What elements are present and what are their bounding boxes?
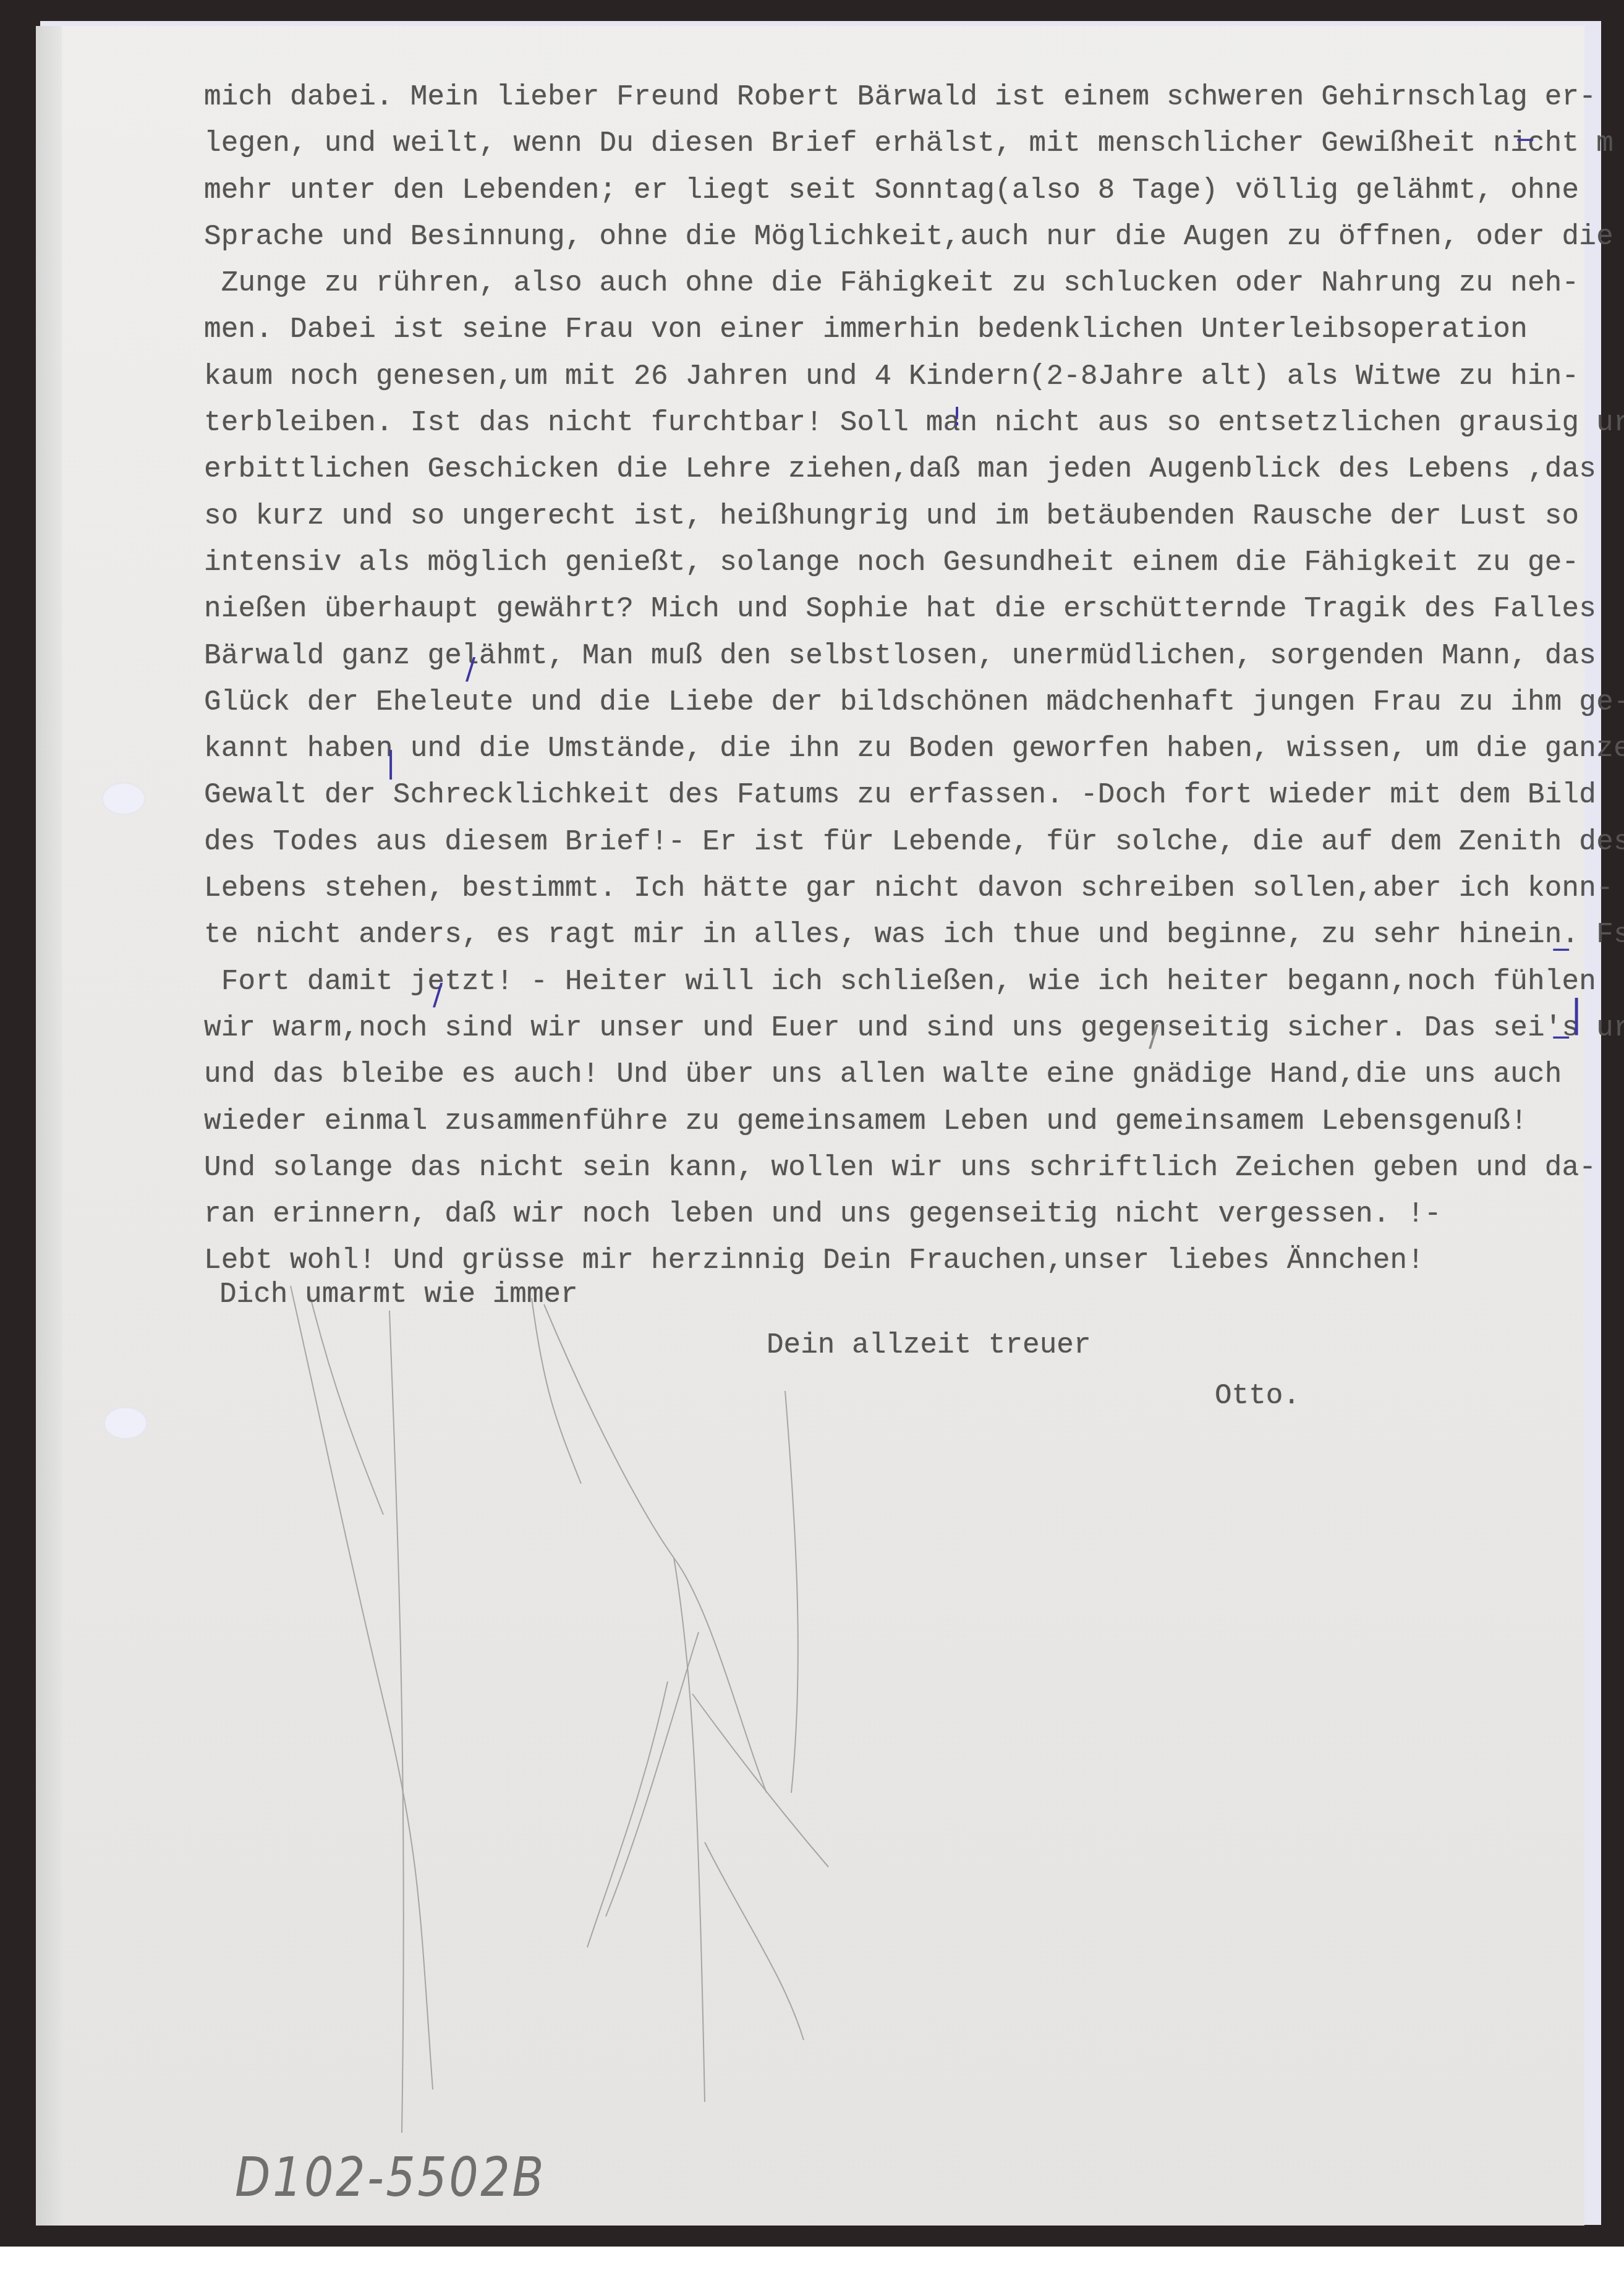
body-line: und das bleibe es auch! Und über uns all…	[204, 1052, 1589, 1098]
pen-slash-icon: /	[466, 654, 475, 684]
body-line: Glück der Eheleute und die Liebe der bil…	[204, 679, 1589, 726]
body-line: ran erinnern, daß wir noch leben und uns…	[204, 1191, 1589, 1238]
body-line: Sprache und Besinnung, ohne die Möglichk…	[204, 214, 1589, 260]
body-line: Lebens stehen, bestimmt. Ich hätte gar n…	[204, 865, 1589, 912]
body-line: so kurz und so ungerecht ist, heißhungri…	[204, 493, 1589, 540]
body-line: men. Dabei ist seine Frau von einer imme…	[204, 307, 1589, 353]
signature: Otto.	[1215, 1380, 1300, 1412]
pen-slash-icon: /	[433, 980, 443, 1010]
body-line: Bärwald ganz gelähmt, Man muß den selbst…	[204, 633, 1589, 679]
pen-strike-icon: ‒	[1516, 124, 1535, 153]
body-line: kannt haben und die Umstände, die ihn zu…	[204, 726, 1589, 772]
punch-hole-icon	[102, 783, 145, 815]
body-line: intensiv als möglich genießt, solange no…	[204, 540, 1589, 586]
pen-slash-icon: /	[1149, 1021, 1158, 1051]
archive-number: D102-5502B	[235, 2145, 546, 2209]
body-line: te nicht anders, es ragt mir in alles, w…	[204, 912, 1589, 958]
body-line: terbleiben. Ist das nicht furchtbar! Sol…	[204, 400, 1589, 446]
body-line: erbittlichen Geschicken die Lehre ziehen…	[204, 446, 1589, 493]
closing-greeting: Dich umarmt wie immer	[219, 1278, 578, 1311]
pen-bar-icon: |	[1570, 995, 1583, 1032]
body-line: Zunge zu rühren, also auch ohne die Fähi…	[204, 260, 1589, 307]
body-line: wir warm,noch sind wir unser und Euer un…	[204, 1005, 1589, 1052]
pen-exclamation-icon: !	[952, 405, 962, 430]
body-line: mehr unter den Lebenden; er liegt seit S…	[204, 168, 1589, 214]
body-line: Und solange das nicht sein kann, wollen …	[204, 1145, 1589, 1191]
letter-body: mich dabei. Mein lieber Freund Robert Bä…	[204, 74, 1589, 1285]
body-line: wieder einmal zusammenführe zu gemeinsam…	[204, 1099, 1589, 1145]
body-line: Gewalt der Schrecklichkeit des Fatums zu…	[204, 772, 1589, 818]
pen-bar-icon: |	[386, 748, 396, 778]
pen-strike-icon: ‒	[1552, 1021, 1571, 1051]
pen-strike-icon: ‒	[1552, 933, 1571, 963]
body-line: Fort damit jetzt! - Heiter will ich schl…	[204, 959, 1589, 1005]
body-line: nießen überhaupt gewährt? Mich und Sophi…	[204, 586, 1589, 632]
body-line: mich dabei. Mein lieber Freund Robert Bä…	[204, 74, 1589, 121]
closing-valediction: Dein allzeit treuer	[767, 1329, 1091, 1361]
body-line: Lebt wohl! Und grüsse mir herzinnig Dein…	[204, 1238, 1589, 1284]
body-line: kaum noch genesen,um mit 26 Jahren und 4…	[204, 354, 1589, 400]
paper-fold-edge	[36, 26, 62, 2226]
body-line: des Todes aus diesem Brief!- Er ist für …	[204, 819, 1589, 865]
body-line: legen, und weilt, wenn Du diesen Brief e…	[204, 121, 1589, 167]
punch-hole-icon	[104, 1407, 147, 1439]
